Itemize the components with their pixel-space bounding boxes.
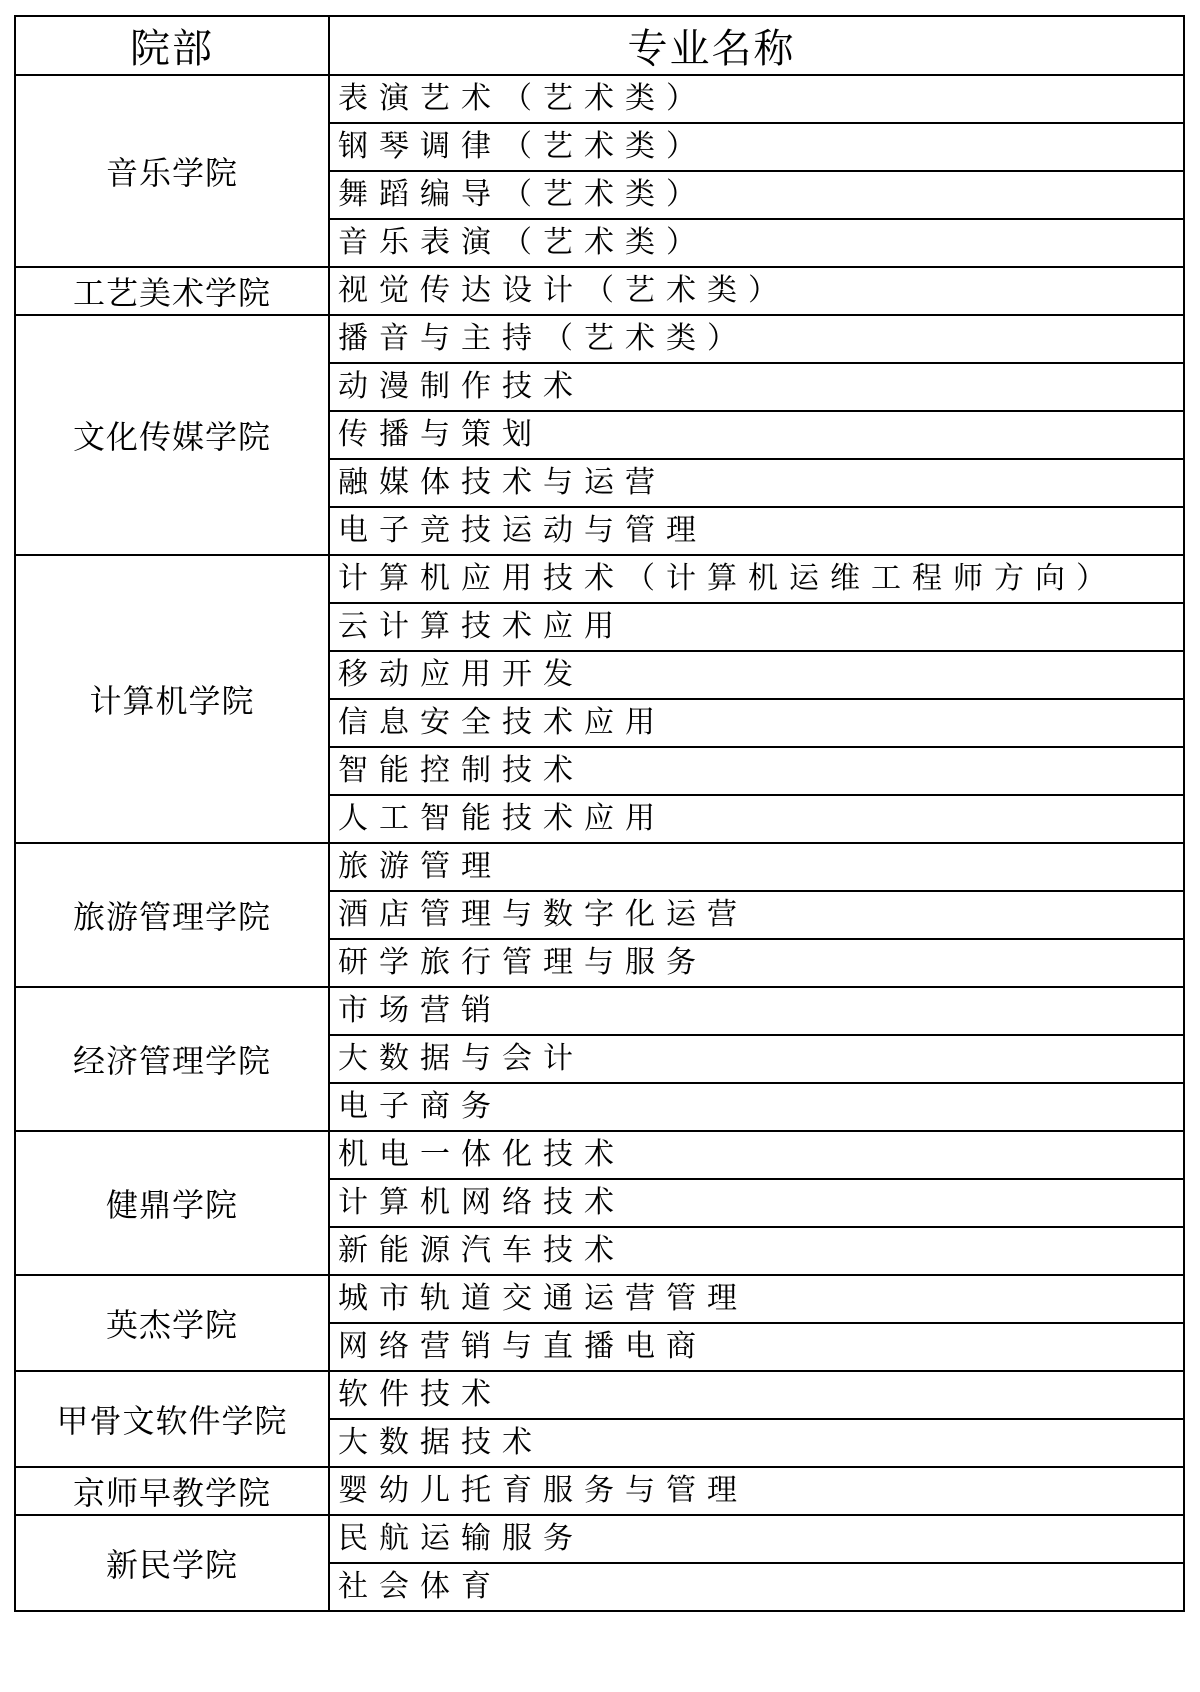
department-cell: 经济管理学院 (15, 987, 329, 1131)
department-cell: 甲骨文软件学院 (15, 1371, 329, 1467)
table-row: 甲骨文软件学院 软件技术 (15, 1371, 1184, 1419)
major-cell: 钢琴调律（艺术类） (329, 123, 1184, 171)
header-major: 专业名称 (329, 16, 1184, 75)
major-cell: 视觉传达设计（艺术类） (329, 267, 1184, 315)
major-cell: 音乐表演（艺术类） (329, 219, 1184, 267)
major-cell: 网络营销与直播电商 (329, 1323, 1184, 1371)
major-cell: 新能源汽车技术 (329, 1227, 1184, 1275)
majors-table: 院部 专业名称 音乐学院 表演艺术（艺术类） 钢琴调律（艺术类） 舞蹈编导（艺术… (14, 15, 1185, 1612)
table-row: 新民学院 民航运输服务 (15, 1515, 1184, 1563)
major-cell: 婴幼儿托育服务与管理 (329, 1467, 1184, 1515)
table-row: 英杰学院 城市轨道交通运营管理 (15, 1275, 1184, 1323)
department-cell: 新民学院 (15, 1515, 329, 1611)
major-cell: 动漫制作技术 (329, 363, 1184, 411)
header-department: 院部 (15, 16, 329, 75)
major-cell: 电子商务 (329, 1083, 1184, 1131)
table-row: 文化传媒学院 播音与主持（艺术类） (15, 315, 1184, 363)
department-cell: 健鼎学院 (15, 1131, 329, 1275)
major-cell: 播音与主持（艺术类） (329, 315, 1184, 363)
header-row: 院部 专业名称 (15, 16, 1184, 75)
department-cell: 旅游管理学院 (15, 843, 329, 987)
major-cell: 传播与策划 (329, 411, 1184, 459)
department-cell: 计算机学院 (15, 555, 329, 843)
major-cell: 人工智能技术应用 (329, 795, 1184, 843)
major-cell: 大数据与会计 (329, 1035, 1184, 1083)
major-cell: 大数据技术 (329, 1419, 1184, 1467)
table-row: 经济管理学院 市场营销 (15, 987, 1184, 1035)
major-cell: 移动应用开发 (329, 651, 1184, 699)
table-row: 工艺美术学院 视觉传达设计（艺术类） (15, 267, 1184, 315)
major-cell: 市场营销 (329, 987, 1184, 1035)
major-cell: 融媒体技术与运营 (329, 459, 1184, 507)
table-body: 音乐学院 表演艺术（艺术类） 钢琴调律（艺术类） 舞蹈编导（艺术类） 音乐表演（… (15, 75, 1184, 1611)
table-row: 健鼎学院 机电一体化技术 (15, 1131, 1184, 1179)
major-cell: 计算机网络技术 (329, 1179, 1184, 1227)
major-cell: 研学旅行管理与服务 (329, 939, 1184, 987)
major-cell: 民航运输服务 (329, 1515, 1184, 1563)
major-cell: 社会体育 (329, 1563, 1184, 1611)
major-cell: 机电一体化技术 (329, 1131, 1184, 1179)
major-cell: 电子竞技运动与管理 (329, 507, 1184, 555)
major-cell: 软件技术 (329, 1371, 1184, 1419)
major-cell: 信息安全技术应用 (329, 699, 1184, 747)
department-cell: 音乐学院 (15, 75, 329, 267)
major-cell: 表演艺术（艺术类） (329, 75, 1184, 123)
major-cell: 舞蹈编导（艺术类） (329, 171, 1184, 219)
table-row: 旅游管理学院 旅游管理 (15, 843, 1184, 891)
table-row: 音乐学院 表演艺术（艺术类） (15, 75, 1184, 123)
major-cell: 城市轨道交通运营管理 (329, 1275, 1184, 1323)
department-cell: 英杰学院 (15, 1275, 329, 1371)
table-row: 京师早教学院 婴幼儿托育服务与管理 (15, 1467, 1184, 1515)
major-cell: 计算机应用技术（计算机运维工程师方向） (329, 555, 1184, 603)
table-row: 计算机学院 计算机应用技术（计算机运维工程师方向） (15, 555, 1184, 603)
major-cell: 酒店管理与数字化运营 (329, 891, 1184, 939)
department-cell: 文化传媒学院 (15, 315, 329, 555)
department-cell: 工艺美术学院 (15, 267, 329, 315)
major-cell: 云计算技术应用 (329, 603, 1184, 651)
major-cell: 智能控制技术 (329, 747, 1184, 795)
major-cell: 旅游管理 (329, 843, 1184, 891)
department-cell: 京师早教学院 (15, 1467, 329, 1515)
